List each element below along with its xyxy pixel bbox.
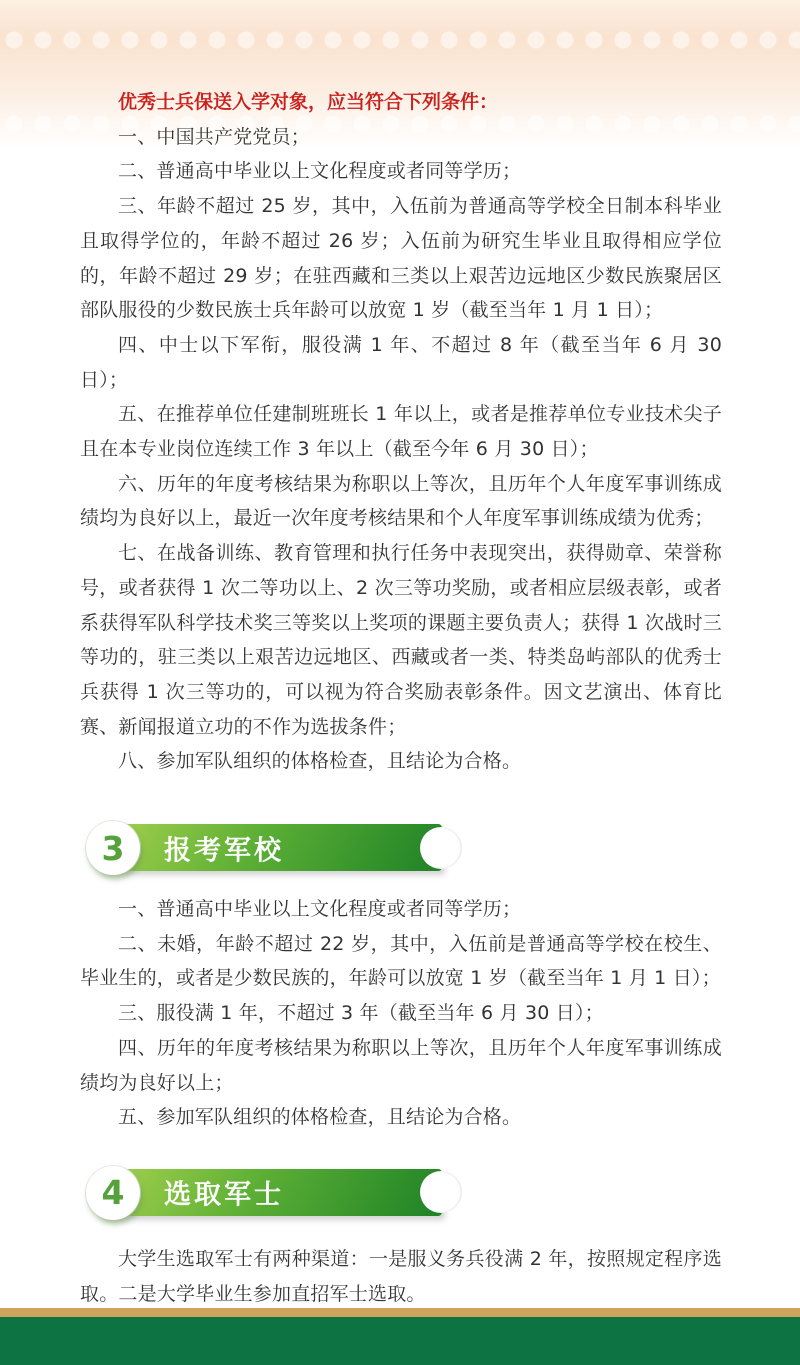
footer-green-bar bbox=[0, 1317, 800, 1365]
intro-item-4: 四、中士以下军衔，服役满 1 年、不超过 8 年（截至当年 6 月 30 日）； bbox=[80, 328, 722, 397]
intro-item-6: 六、历年的年度考核结果为称职以上等次，且历年个人年度军事训练成绩均为良好以上，最… bbox=[80, 467, 722, 536]
academy-item-3: 三、服役满 1 年，不超过 3 年（截至当年 6 月 30 日）； bbox=[80, 996, 722, 1031]
footer-gold-bar bbox=[0, 1308, 800, 1317]
academy-item-1: 一、普通高中毕业以上文化程度或者同等学历； bbox=[80, 892, 722, 927]
intro-heading: 优秀士兵保送入学对象，应当符合下列条件： bbox=[80, 85, 722, 120]
page: 优秀士兵保送入学对象，应当符合下列条件： 一、中国共产党党员； 二、普通高中毕业… bbox=[0, 0, 800, 1365]
banner-right-notch bbox=[420, 827, 462, 869]
section-title-apply-academy: 报考军校 bbox=[164, 828, 284, 867]
banner-right-notch bbox=[420, 1171, 462, 1213]
academy-item-4: 四、历年的年度考核结果为称职以上等次，且历年个人年度军事训练成绩均为良好以上； bbox=[80, 1031, 722, 1100]
section-number-badge: 3 bbox=[86, 821, 140, 875]
intro-item-2: 二、普通高中毕业以上文化程度或者同等学历； bbox=[80, 154, 722, 189]
intro-item-3: 三、年龄不超过 25 岁，其中，入伍前为普通高等学校全日制本科毕业且取得学位的，… bbox=[80, 189, 722, 328]
section-banner-select-sergeant: 选取军士 4 bbox=[80, 1166, 722, 1222]
intro-item-8: 八、参加军队组织的体格检查，且结论为合格。 bbox=[80, 744, 722, 779]
intro-item-1: 一、中国共产党党员； bbox=[80, 120, 722, 155]
sergeant-paragraph: 大学生选取军士有两种渠道：一是服义务兵役满 2 年，按照规定程序选取。二是大学毕… bbox=[80, 1242, 722, 1311]
section-number: 4 bbox=[102, 1176, 125, 1209]
academy-item-5: 五、参加军队组织的体格检查，且结论为合格。 bbox=[80, 1100, 722, 1135]
intro-item-5: 五、在推荐单位任建制班班长 1 年以上，或者是推荐单位专业技术尖子且在本专业岗位… bbox=[80, 397, 722, 466]
banner-bar: 报考军校 bbox=[100, 824, 442, 871]
section-number-badge: 4 bbox=[86, 1166, 140, 1220]
section-number: 3 bbox=[102, 832, 125, 865]
banner-bar: 选取军士 bbox=[100, 1169, 442, 1216]
content-column: 优秀士兵保送入学对象，应当符合下列条件： 一、中国共产党党员； 二、普通高中毕业… bbox=[80, 85, 722, 1311]
academy-item-2: 二、未婚，年龄不超过 22 岁，其中，入伍前是普通高等学校在校生、毕业生的，或者… bbox=[80, 927, 722, 996]
section-title-select-sergeant: 选取军士 bbox=[164, 1173, 284, 1212]
section-banner-apply-academy: 报考军校 3 bbox=[80, 821, 722, 877]
intro-item-7: 七、在战备训练、教育管理和执行任务中表现突出，获得勋章、荣誉称号，或者获得 1 … bbox=[80, 536, 722, 744]
